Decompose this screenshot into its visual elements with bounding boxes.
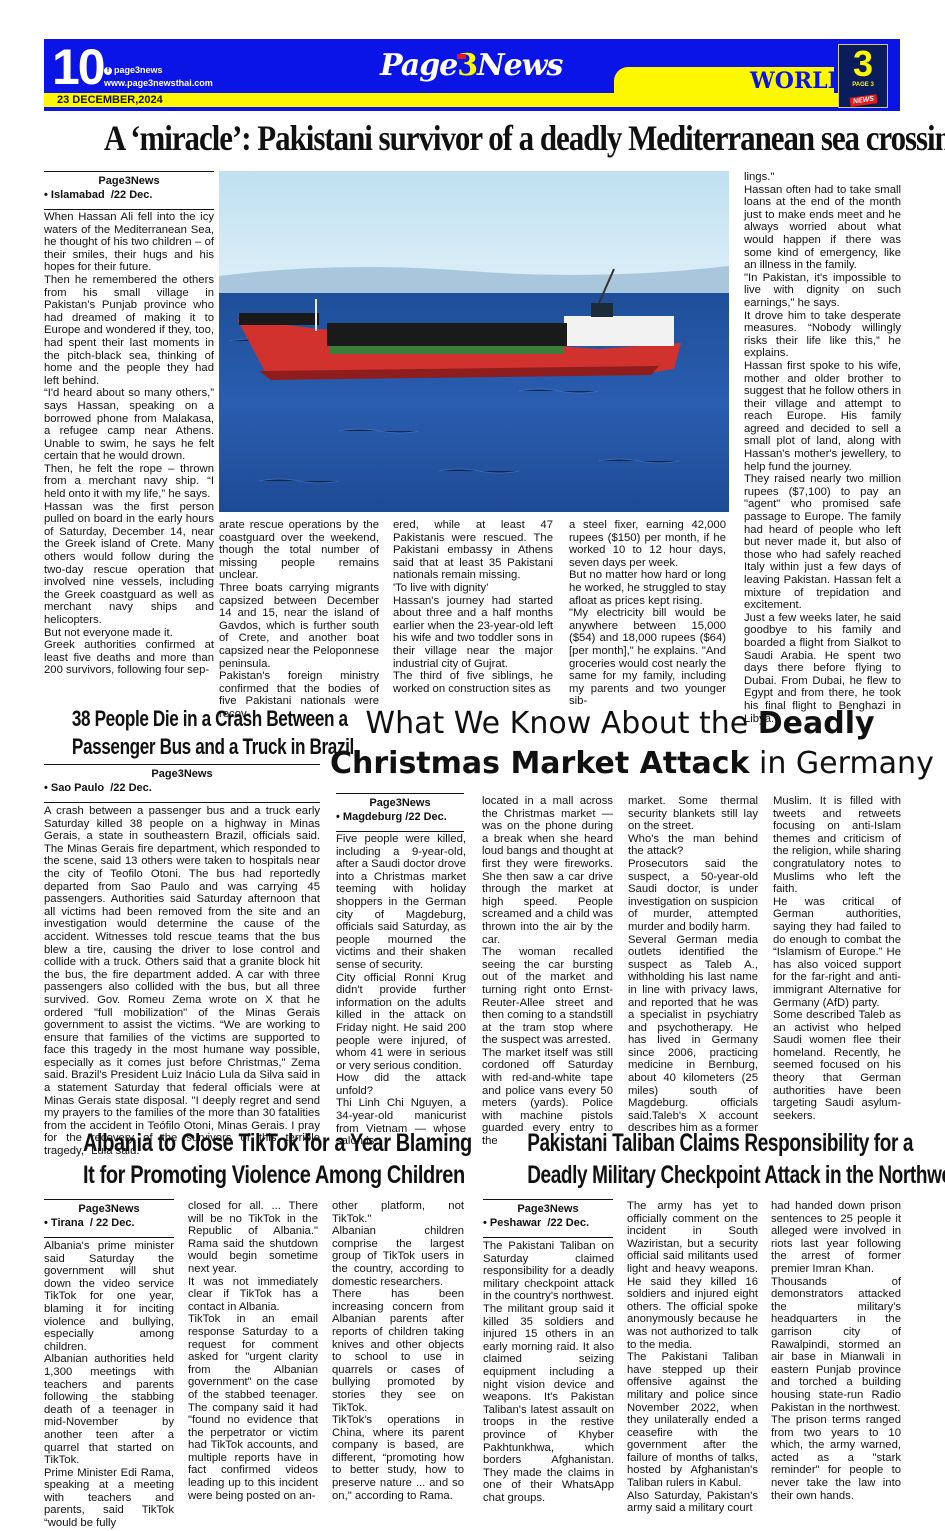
page3-badge-logo: 3 PAGE 3 NEWS — [838, 44, 888, 108]
logo-number: 3 — [457, 48, 477, 83]
website-link[interactable]: www.page3newsthai.com — [104, 77, 213, 90]
lead-column-5: lings."Hassan often had to take small lo… — [744, 171, 901, 725]
issue-date: 23 DECEMBER,2024 — [57, 94, 163, 107]
taliban-column-2: The army has yet to officially comment o… — [627, 1200, 758, 1515]
facebook-icon: f — [104, 67, 112, 75]
brazil-headline: 38 People Die in a Crash Between a Passe… — [72, 705, 298, 761]
byline-source: Page3News — [44, 1203, 174, 1216]
byline-source: Page3News — [44, 768, 320, 781]
germany-headline: What We Know About the Deadly Christmas … — [330, 704, 910, 784]
lead-column-1: When Hassan Ali fell into the icy waters… — [44, 211, 214, 677]
badge-news: NEWS — [849, 94, 877, 107]
albania-byline: Page3News • Tirana / 22 Dec. — [44, 1199, 174, 1238]
byline-source: Page3News — [44, 175, 214, 188]
section-label: WORLD — [750, 67, 847, 95]
byline-location: • Islamabad /22 Dec. — [44, 188, 214, 203]
lead-byline: Page3News • Islamabad /22 Dec. — [44, 171, 214, 210]
byline-source: Page3News — [336, 797, 464, 810]
logo-suffix: News — [477, 48, 562, 83]
albania-column-1: Albania's prime minister said Saturday t… — [44, 1240, 174, 1530]
badge-number: 3 — [839, 47, 887, 81]
taliban-headline: Pakistani Taliban Claims Responsibility … — [527, 1127, 858, 1191]
migrant-boat-photo — [219, 171, 729, 512]
byline-source: Page3News — [483, 1203, 613, 1216]
lead-column-2: arate rescue operations by the coastguar… — [219, 519, 379, 721]
newspaper-logo[interactable]: Page3News — [380, 46, 562, 86]
byline-location: • Tirana / 22 Dec. — [44, 1216, 174, 1231]
byline-location: • Magdeburg /22 Dec. — [336, 810, 464, 825]
taliban-byline: Page3News • Peshawar /22 Dec. — [483, 1199, 613, 1238]
brazil-byline: Page3News • Sao Paulo /22 Dec. — [44, 764, 320, 803]
albania-column-2: closed for all. ... There will be no Tik… — [188, 1200, 318, 1502]
lead-column-3: ered, while at least 47 Pakistanis were … — [393, 519, 553, 695]
albania-column-3: other platform, not TikTok."Albanian chi… — [332, 1200, 464, 1502]
masthead-strip-fill — [612, 93, 842, 107]
lead-column-4: a steel fixer, earning 42,000 rupees ($1… — [569, 519, 726, 708]
germany-column-4: Muslim. It is filled with tweets and ret… — [773, 795, 901, 1122]
taliban-column-3: had handed down prison sentences to 25 p… — [771, 1200, 901, 1502]
page-number: 10 — [52, 40, 104, 94]
social-links: fpage3news www.page3newsthai.com — [104, 64, 213, 90]
masthead-bottom-rule — [44, 107, 900, 111]
logo-prefix: Page — [380, 48, 457, 83]
germany-column-1: Five people were killed, including a 9-y… — [336, 833, 466, 1148]
brazil-body: A crash between a passenger bus and a tr… — [44, 805, 320, 1158]
germany-column-2: located in a mall across the Christmas m… — [482, 795, 613, 1148]
germany-column-3: market. Some thermal security blankets s… — [628, 795, 758, 1135]
facebook-handle[interactable]: page3news — [114, 65, 163, 75]
albania-headline: Albania to Close TikTok for a Year Blami… — [83, 1127, 427, 1191]
byline-location: • Peshawar /22 Dec. — [483, 1216, 613, 1231]
badge-label: PAGE 3 — [839, 81, 887, 89]
lead-headline: A ‘miracle’: Pakistani survivor of a dea… — [104, 115, 840, 161]
taliban-column-1: The Pakistani Taliban on Saturday claime… — [483, 1240, 614, 1504]
byline-location: • Sao Paulo /22 Dec. — [44, 781, 320, 796]
germany-byline: Page3News • Magdeburg /22 Dec. — [336, 793, 464, 832]
